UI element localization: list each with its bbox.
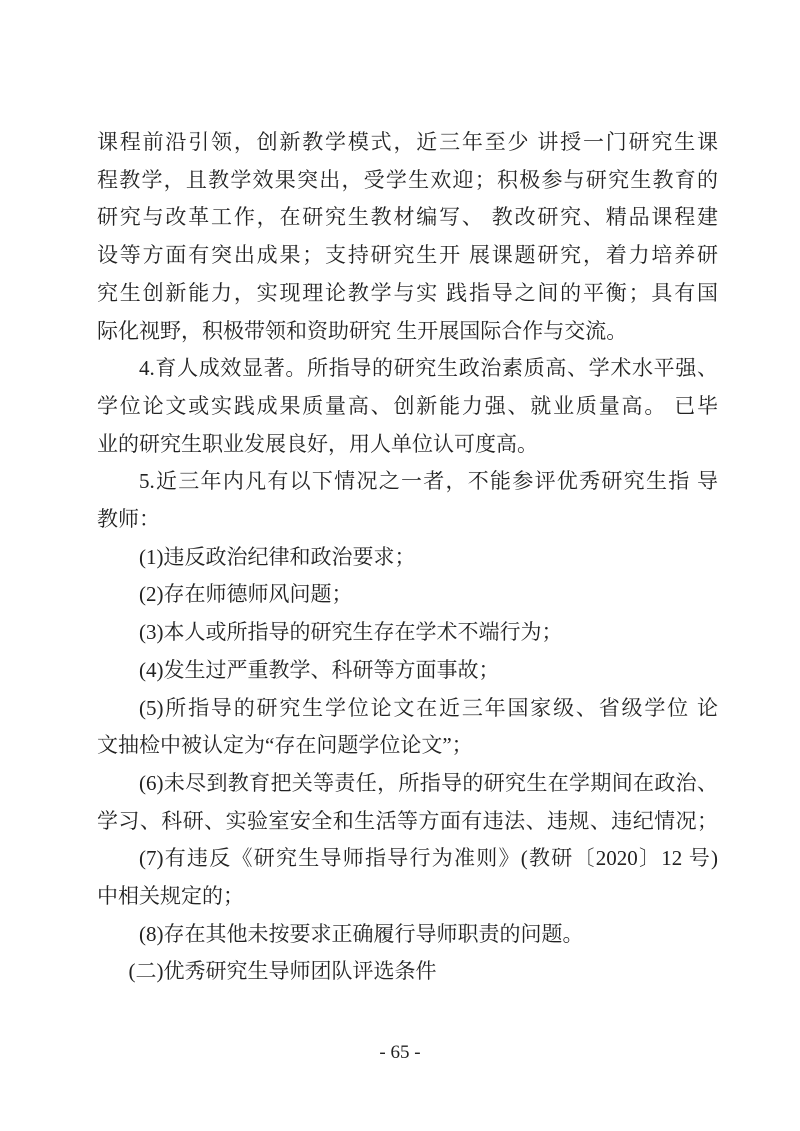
document-page: 课程前沿引领，创新教学模式，近三年至少 讲授一门研究生课 程教学，且教学效果突出… — [0, 0, 800, 1131]
text-line: (二)优秀研究生导师团队评选条件 — [97, 953, 718, 991]
text-line: 学位论文或实践成果质量高、创新能力强、就业质量高。 已毕 — [97, 388, 718, 426]
text-line: 5.近三年内凡有以下情况之一者，不能参评优秀研究生指 导 — [97, 463, 718, 501]
text-line: 4.育人成效显著。所指导的研究生政治素质高、学术水平强、 — [97, 350, 718, 388]
text-line: (1)违反政治纪律和政治要求； — [97, 539, 718, 577]
document-body-text: 课程前沿引领，创新教学模式，近三年至少 讲授一门研究生课 程教学，且教学效果突出… — [97, 124, 718, 991]
text-line: 究生创新能力，实现理论教学与实 践指导之间的平衡；具有国 — [97, 275, 718, 313]
text-line: (4)发生过严重教学、科研等方面事故； — [97, 652, 718, 690]
text-line: (8)存在其他未按要求正确履行导师职责的问题。 — [97, 916, 718, 954]
text-line: 业的研究生职业发展良好，用人单位认可度高。 — [97, 426, 718, 464]
text-line: 中相关规定的； — [97, 878, 718, 916]
text-line: 设等方面有突出成果；支持研究生开 展课题研究，着力培养研 — [97, 237, 718, 275]
text-line: 程教学，且教学效果突出，受学生欢迎；积极参与研究生教育的 — [97, 162, 718, 200]
text-line: (3)本人或所指导的研究生存在学术不端行为； — [97, 614, 718, 652]
page-number: - 65 - — [0, 1041, 800, 1065]
text-line: 学习、科研、实验室安全和生活等方面有违法、违规、违纪情况； — [97, 803, 718, 841]
text-line: 教师： — [97, 501, 718, 539]
text-line: (6)未尽到教育把关等责任，所指导的研究生在学期间在政治、 — [97, 765, 718, 803]
text-line: (7)有违反《研究生导师指导行为准则》(教研〔2020〕12 号) — [97, 840, 718, 878]
text-line: 课程前沿引领，创新教学模式，近三年至少 讲授一门研究生课 — [97, 124, 718, 162]
text-line: 文抽检中被认定为“存在问题学位论文”； — [97, 727, 718, 765]
text-line: (5)所指导的研究生学位论文在近三年国家级、省级学位 论 — [97, 690, 718, 728]
text-line: (2)存在师德师风问题； — [97, 576, 718, 614]
text-line: 际化视野，积极带领和资助研究 生开展国际合作与交流。 — [97, 313, 718, 351]
text-line: 研究与改革工作，在研究生教材编写、 教改研究、精品课程建 — [97, 199, 718, 237]
